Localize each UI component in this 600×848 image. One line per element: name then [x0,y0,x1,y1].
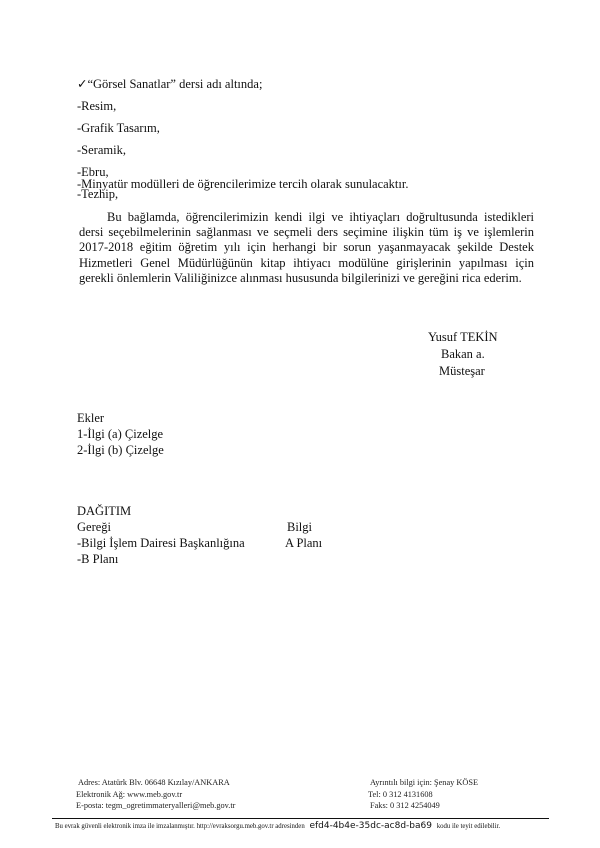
footer-divider [52,818,549,819]
body-paragraph: Bu bağlamda, öğrencilerimizin kendi ilgi… [79,210,534,286]
verify-suffix: kodu ile teyit edilebilir. [437,823,500,830]
signer-title: Müsteşar [439,364,485,379]
footer-website: Elektronik Ağ: www.meb.gov.tr [76,790,182,799]
distribution-heading: DAĞITIM [77,504,131,518]
verify-prefix: Bu evrak güvenli elektronik imza ile imz… [55,823,305,830]
module-item: -Seramik, [77,143,126,157]
footer-phone: Tel: 0 312 4131608 [368,790,433,799]
distribution-action-item: -B Planı [77,552,118,566]
module-item-last: -Minyatür modülleri de öğrencilerimize t… [77,177,408,191]
signer-name: Yusuf TEKİN [428,330,498,345]
distribution-action-item: -Bilgi İşlem Dairesi Başkanlığına [77,536,245,550]
check-icon: ✓ [77,77,87,91]
distribution-info-heading: Bilgi [287,520,312,534]
footer-contact-person: Ayrıntılı bilgi için: Şenay KÖSE [370,778,478,787]
footer-email: E-posta: tegm_ogretimmateryalleri@meb.go… [76,801,235,810]
distribution-info-item: A Planı [285,536,322,550]
module-item: -Grafik Tasarım, [77,121,160,135]
module-item: -Resim, [77,99,116,113]
body-paragraph-text: Bu bağlamda, öğrencilerimizin kendi ilgi… [79,210,534,285]
attachment-item: 1-İlgi (a) Çizelge [77,427,163,441]
verification-code: efd4-4b4e-35dc-ac8d-ba69 [309,821,432,831]
attachments-heading: Ekler [77,411,104,425]
distribution-action-heading: Gereği [77,520,111,534]
signer-proxy: Bakan a. [441,347,485,362]
course-intro-line: ✓“Görsel Sanatlar” dersi adı altında; [77,77,262,91]
footer-fax: Faks: 0 312 4254049 [370,801,440,810]
attachment-item: 2-İlgi (b) Çizelge [77,443,164,457]
course-intro-text: “Görsel Sanatlar” dersi adı altında; [87,77,262,91]
e-signature-verification: Bu evrak güvenli elektronik imza ile imz… [55,821,500,831]
footer-address: Adres: Atatürk Blv. 06648 Kızılay/ANKARA [78,778,230,787]
